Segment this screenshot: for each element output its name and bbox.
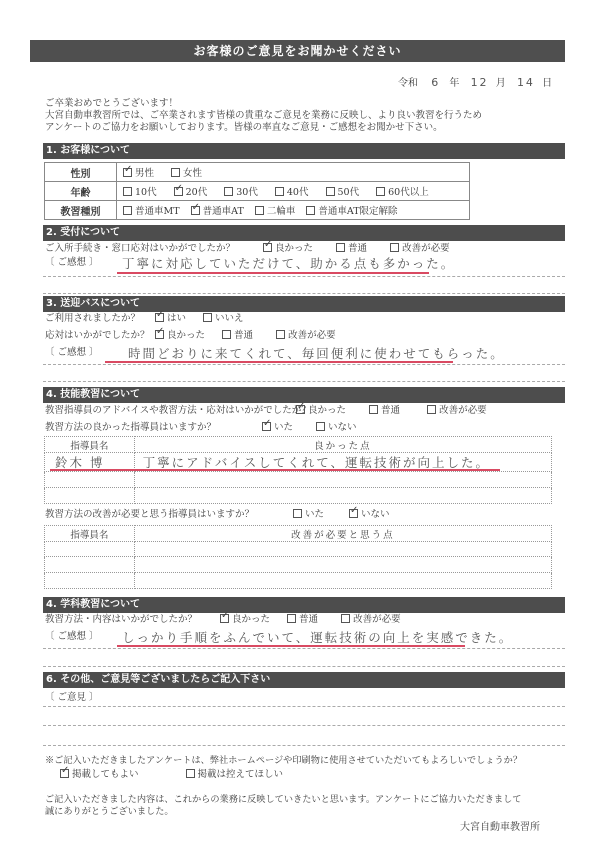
section-5-question: 教習方法・内容はいかがでしたか？ [45,614,197,626]
option-average[interactable]: 普通 [287,614,318,626]
section-3-comment-label: 〔 ご感想 〕 [45,347,99,359]
section-4-question-3: 教習方法の改善が必要と思う指導員はいますか？ [45,509,254,521]
option-label: 60代以上 [388,187,429,198]
section-2-heading: 2. 受付について [43,225,565,241]
comment-line [43,648,565,649]
checkbox-icon[interactable] [123,187,132,196]
option-label: 良かった [308,405,346,416]
checkbox-checked-icon[interactable] [262,422,271,431]
checkbox-icon[interactable] [276,330,285,339]
option-label: 改善が必要 [439,405,487,416]
checkbox-icon[interactable] [376,187,385,196]
comment-line [43,276,565,277]
publish-question: ※ご記入いただきましたアンケートは、弊社ホームページや印刷物に使用させていただい… [45,755,522,767]
option-at-limit-removal[interactable]: 普通車AT限定解除 [306,203,397,217]
good-points-cell[interactable] [134,488,551,504]
option-none[interactable]: いない [316,422,357,434]
comment-line [43,745,565,746]
date-day[interactable]: 14 [517,76,535,89]
closing-line-2: 誠にありがとうございました。 [45,806,174,818]
course-type-row: 教習種別 普通車MT 普通車AT 二輪車 普通車AT限定解除 [45,201,470,220]
comment-line [43,706,565,707]
underline-highlight [117,645,465,647]
checkbox-icon[interactable] [255,206,264,215]
option-needs-improvement[interactable]: 改善が必要 [276,330,336,342]
checkbox-checked-icon[interactable] [155,313,164,322]
option-label: 女性 [183,168,202,179]
checkbox-icon[interactable] [123,206,132,215]
instructor-name-cell[interactable] [45,488,135,504]
table-row [45,488,552,504]
checkbox-icon[interactable] [222,330,231,339]
option-good[interactable]: 良かった [155,330,205,342]
age-options: 10代 20代 30代 40代 50代 60代以上 [117,182,470,201]
option-label: 普通 [348,243,367,254]
option-at[interactable]: 普通車AT [191,203,244,217]
option-label: いいえ [215,313,244,324]
header-instructor-name: 指導員名 [45,526,135,542]
instructor-name-cell[interactable] [45,573,135,589]
header-improvement-points: 改善が必要と思う点 [134,526,551,542]
checkbox-icon[interactable] [336,243,345,252]
section-5-heading: 4. 学科教習について [43,597,565,613]
section-4-question-2: 教習方法の良かった指導員はいますか？ [45,422,216,434]
option-ok-to-publish[interactable]: 掲載してもよい [60,769,139,781]
option-no[interactable]: いいえ [203,313,244,325]
option-label: 30代 [236,187,258,198]
good-points-cell[interactable] [134,472,551,488]
option-do-not-publish[interactable]: 掲載は控えてほしい [186,769,284,781]
section-3-question-2: 応対はいかがでしたか？ [45,330,150,342]
age-label: 年齢 [45,182,117,201]
customer-info-table: 性別 男性 女性 年齢 10代 20代 30代 40代 50代 60代以上 教習… [44,162,470,220]
checkbox-icon[interactable] [293,509,302,518]
option-label: いない [361,509,390,520]
intro-line-3: アンケートのご協力をお願いしております。皆様の率直なご意見・ご感想をお聞かせ下さ… [45,122,443,134]
gender-row: 性別 男性 女性 [45,163,470,182]
instructor-name-cell[interactable] [45,557,135,573]
option-label: いない [328,422,357,433]
option-needs-improvement[interactable]: 改善が必要 [341,614,401,626]
option-motorcycle[interactable]: 二輪車 [255,203,296,217]
option-label: 40代 [287,187,309,198]
date-month-unit: 月 [496,78,506,89]
checkbox-checked-icon[interactable] [263,243,272,252]
checkbox-icon[interactable] [275,187,284,196]
section-5-options: 良かった 普通 改善が必要 [220,614,415,626]
option-label: 改善が必要 [353,614,401,625]
option-label: いた [274,422,293,433]
option-yes[interactable]: はい [155,313,186,325]
section-1-heading: 1. お客様について [43,143,565,159]
option-30s[interactable]: 30代 [224,184,258,198]
gender-label: 性別 [45,163,117,182]
date-year[interactable]: 6 [431,76,440,89]
option-needs-improvement[interactable]: 改善が必要 [427,405,487,417]
checkbox-icon[interactable] [427,405,436,414]
checkbox-icon[interactable] [186,769,195,778]
checkbox-icon[interactable] [306,206,315,215]
intro-line-1: ご卒業おめでとうございます！ [45,98,178,110]
option-label: はい [167,313,186,324]
table-row [45,573,552,589]
table-row [45,472,552,488]
option-label: 良かった [232,614,270,625]
underline-highlight [105,361,453,363]
gender-options: 男性 女性 [117,163,470,182]
comment-line [43,725,565,726]
checkbox-checked-icon[interactable] [296,405,305,414]
section-3-q2-options: 良かった 普通 改善が必要 [155,330,350,342]
option-label: 掲載してもよい [72,769,139,780]
option-mt[interactable]: 普通車MT [123,203,180,217]
date-era: 令和 [398,78,418,89]
option-label: 普通 [234,330,253,341]
option-60s-plus[interactable]: 60代以上 [376,184,429,198]
option-label: 普通車MT [135,206,180,217]
comment-line [43,381,565,382]
option-label: 掲載は控えてほしい [198,769,284,780]
section-6-heading: 6. その他、ご意見等ございましたらご記入下さい [43,672,565,688]
checkbox-checked-icon[interactable] [220,614,229,623]
option-label: 普通車AT限定解除 [318,206,397,217]
improvement-points-cell[interactable] [134,542,551,557]
instructor-name-cell[interactable] [45,542,135,557]
intro-line-2: 大宮自動車教習所では、ご卒業されます皆様の貴重なご意見を業務に反映し、より良い教… [45,110,482,122]
section-3-comment[interactable]: 時間どおりに来てくれて、毎回便利に使わせてもらった。 [128,344,505,362]
comment-line [43,666,565,667]
checkbox-icon[interactable] [287,614,296,623]
comment-line [43,293,565,294]
section-6-comment-label: 〔 ご意見 〕 [45,692,99,704]
checkbox-icon[interactable] [316,422,325,431]
section-3-q1-options: はい いいえ [155,313,258,325]
option-label: いた [305,509,324,520]
checkbox-icon[interactable] [224,187,233,196]
option-label: 男性 [135,168,154,179]
good-points-text: 丁寧にアドバイスしてくれて、運転技術が向上した。 [143,455,490,470]
header-instructor-name: 指導員名 [45,437,135,453]
option-label: 20代 [186,187,208,198]
improvement-points-cell[interactable] [134,557,551,573]
option-40s[interactable]: 40代 [275,184,309,198]
option-label: 50代 [338,187,360,198]
checkbox-icon[interactable] [171,168,180,177]
instructor-name-cell[interactable] [45,472,135,488]
publish-options: 掲載してもよい 掲載は控えてほしい [60,769,297,781]
improve-instructor-table: 指導員名 改善が必要と思う点 [44,525,552,589]
section-3-heading: 3. 送迎バスについて [43,296,565,312]
checkbox-checked-icon[interactable] [174,187,183,196]
option-50s[interactable]: 50代 [326,184,360,198]
checkbox-icon[interactable] [203,313,212,322]
option-average[interactable]: 普通 [369,405,400,417]
underline-highlight [50,469,500,471]
course-type-label: 教習種別 [45,201,117,220]
option-female[interactable]: 女性 [171,165,202,179]
option-label: 普通 [299,614,318,625]
option-good[interactable]: 良かった [296,405,346,417]
section-5-comment-label: 〔 ご感想 〕 [45,631,99,643]
closing-line-1: ご記入いただきました内容は、これからの業務に反映していきたいと思います。アンケー… [45,794,521,806]
checkbox-icon[interactable] [326,187,335,196]
checkbox-icon[interactable] [390,243,399,252]
date-month[interactable]: 12 [471,76,489,89]
option-average[interactable]: 普通 [222,330,253,342]
option-good[interactable]: 良かった [220,614,270,626]
option-male[interactable]: 男性 [123,165,154,179]
form-title: お客様のご意見をお聞かせください [30,40,565,62]
option-label: 二輪車 [267,206,296,217]
section-4-q3-options: いた いない [293,509,404,521]
table-header-row: 指導員名 改善が必要と思う点 [45,526,552,542]
age-row: 年齢 10代 20代 30代 40代 50代 60代以上 [45,182,470,201]
option-label: 普通 [381,405,400,416]
option-label: 良かった [167,330,205,341]
comment-line [43,364,565,365]
section-4-q2-options: いた いない [262,422,371,434]
header-good-points: 良かった点 [134,437,551,453]
option-label: 改善が必要 [288,330,336,341]
date-line: 令和 6 年 12 月 14 日 [398,77,552,90]
checkbox-checked-icon[interactable] [60,769,69,778]
checkbox-checked-icon[interactable] [155,330,164,339]
section-2-comment-label: 〔 ご感想 〕 [45,257,99,269]
option-label: 良かった [275,243,313,254]
option-yes-there-was[interactable]: いた [293,509,324,521]
option-20s[interactable]: 20代 [174,184,208,198]
underline-highlight [117,272,429,274]
checkbox-checked-icon[interactable] [123,168,132,177]
option-label: 改善が必要 [402,243,450,254]
instructor-name: 鈴木 博 [55,455,104,470]
table-header-row: 指導員名 良かった点 [45,437,552,453]
signature: 大宮自動車教習所 [460,822,540,834]
section-2-comment[interactable]: 丁寧に対応していただけて、助かる点も多かった。 [122,254,455,272]
option-yes-there-was[interactable]: いた [262,422,293,434]
section-4-q1-options: 良かった 普通 改善が必要 [296,405,501,417]
course-type-options: 普通車MT 普通車AT 二輪車 普通車AT限定解除 [117,201,470,220]
checkbox-icon[interactable] [369,405,378,414]
date-year-unit: 年 [449,78,459,89]
date-day-unit: 日 [542,78,552,89]
option-label: 10代 [135,187,157,198]
section-5-comment[interactable]: しっかり手順をふんでいて、運転技術の向上を実感できた。 [122,628,513,646]
option-label: 普通車AT [203,206,244,217]
option-10s[interactable]: 10代 [123,184,157,198]
section-3-question-1: ご利用されましたか？ [45,313,140,325]
improvement-points-cell[interactable] [134,573,551,589]
checkbox-icon[interactable] [341,614,350,623]
option-none[interactable]: いない [349,509,390,521]
table-row [45,557,552,573]
table-row [45,542,552,557]
section-4-question-1: 教習指導員のアドバイスや教習方法・応対はいかがでしたか？ [45,405,311,417]
checkbox-checked-icon[interactable] [191,206,200,215]
checkbox-checked-icon[interactable] [349,509,358,518]
